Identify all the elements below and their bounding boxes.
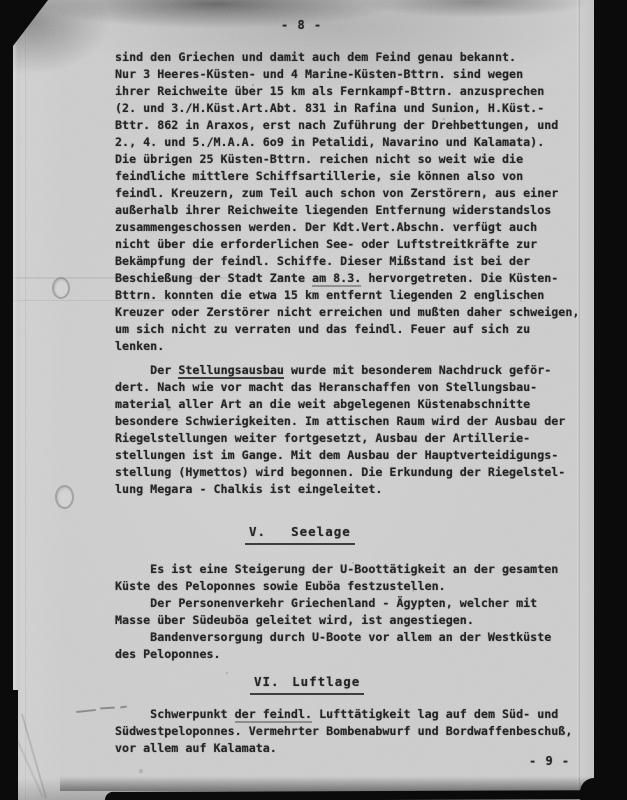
text-line: um sich nicht zu verraten und das feindl…: [115, 321, 579, 338]
section-heading-luftlage: VI. Luftlage: [250, 674, 364, 695]
text-line: material aller Art an die weit abgelegen…: [115, 396, 565, 413]
text-line: Bekämpfung der feindl. Schiffe. Dieser M…: [115, 253, 579, 270]
section-luftlage-text: Schwerpunkt der feindl. Lufttätigkeit la…: [115, 706, 572, 757]
text-line: Es ist eine Steigerung der U-Boottätigke…: [115, 561, 558, 578]
scanned-document-page: - 8 - sind den Griechen und damit auch d…: [0, 0, 627, 800]
text-line: feindl. Kreuzern, zum Teil auch schon vo…: [115, 185, 579, 202]
punch-hole: [55, 485, 74, 509]
text-line: (2. und 3./H.Küst.Art.Abt. 831 in Rafina…: [115, 100, 579, 117]
text-line: Die übrigen 25 Küsten-Bttrn. reichen nic…: [115, 151, 579, 168]
paper-edge-highlight: [13, 0, 18, 800]
text-line: Schwerpunkt der feindl. Lufttätigkeit la…: [115, 706, 572, 723]
text-line: ihrer Reichweite über 15 km als Fernkamp…: [115, 83, 579, 100]
paragraph-coastal-batteries: sind den Griechen und damit auch dem Fei…: [115, 49, 579, 355]
text-line: außerhalb ihrer Reichweite liegenden Ent…: [115, 202, 579, 219]
scan-border-bottom-right-corner: [580, 778, 627, 800]
text-line: Riegelstellungen weiter fortgesetzt, Aus…: [115, 430, 565, 447]
text-line: Küste des Peloponnes sowie Euböa festzus…: [115, 578, 558, 595]
bottom-edge-shadow: [60, 776, 627, 791]
paragraph-stellungsausbau: Der Stellungsausbau wurde mit besonderem…: [115, 362, 565, 498]
text-line: Der Personenverkehr Griechenland - Ägypt…: [115, 595, 558, 612]
text-line: stellungen ist im Gange. Mit dem Ausbau …: [115, 447, 565, 464]
text-line: Bttr. 862 in Araxos, erst nach Zuführung…: [115, 117, 579, 134]
vertical-fold-crease-left: [25, 0, 27, 800]
text-line: Nur 3 Heeres-Küsten- und 4 Marine-Küsten…: [115, 66, 579, 83]
text-line: Masse über Südeuböa geleitet wird, ist a…: [115, 612, 558, 629]
text-line: Der Stellungsausbau wurde mit besonderem…: [115, 362, 565, 379]
text-line: stellung (Hymettos) wird begonnen. Die E…: [115, 464, 565, 481]
scan-border-left-bottom: [0, 690, 18, 800]
text-line: lenken.: [115, 338, 579, 355]
text-line: feindliche mittlere Schiffsartillerie, s…: [115, 168, 579, 185]
scan-border-bottom: [105, 790, 627, 800]
scan-border-right: [594, 0, 627, 800]
text-line: Beschießung der Stadt Zante am 8.3. herv…: [115, 270, 579, 287]
text-line: dert. Nach wie vor macht das Heranschaff…: [115, 379, 565, 396]
text-line: zusammengeschossen werden. Der Kdt.Vert.…: [115, 219, 579, 236]
text-line: nicht über die erforderlichen See- oder …: [115, 236, 579, 253]
scan-border-left: [0, 0, 13, 800]
text-line: vor allem auf Kalamata.: [115, 740, 572, 757]
text-line: Bandenversorgung durch U-Boote vor allem…: [115, 629, 558, 646]
page-number-bottom: - 9 -: [529, 754, 570, 768]
text-line: Südwestpeloponnes. Vermehrter Bombenabwu…: [115, 723, 572, 740]
text-line: 2., 4. und 5./M.A.A. 6o9 in Petalidi, Na…: [115, 134, 579, 151]
text-line: lung Megara - Chalkis ist eingeleitet.: [115, 481, 565, 498]
page-number-top: - 8 -: [281, 18, 322, 32]
text-line: des Peloponnes.: [115, 646, 558, 663]
punch-hole: [52, 277, 70, 299]
section-heading-seelage: V. Seelage: [245, 524, 355, 545]
text-line: Bttrn. konnten die etwa 15 km entfernt l…: [115, 287, 579, 304]
text-line: sind den Griechen und damit auch dem Fei…: [115, 49, 579, 66]
text-line: Kreuzer oder Zerstörer nicht erreichen u…: [115, 304, 579, 321]
section-seelage-text: Es ist eine Steigerung der U-Boottätigke…: [115, 561, 558, 663]
text-line: besondere Schwierigkeiten. Im attischen …: [115, 413, 565, 430]
